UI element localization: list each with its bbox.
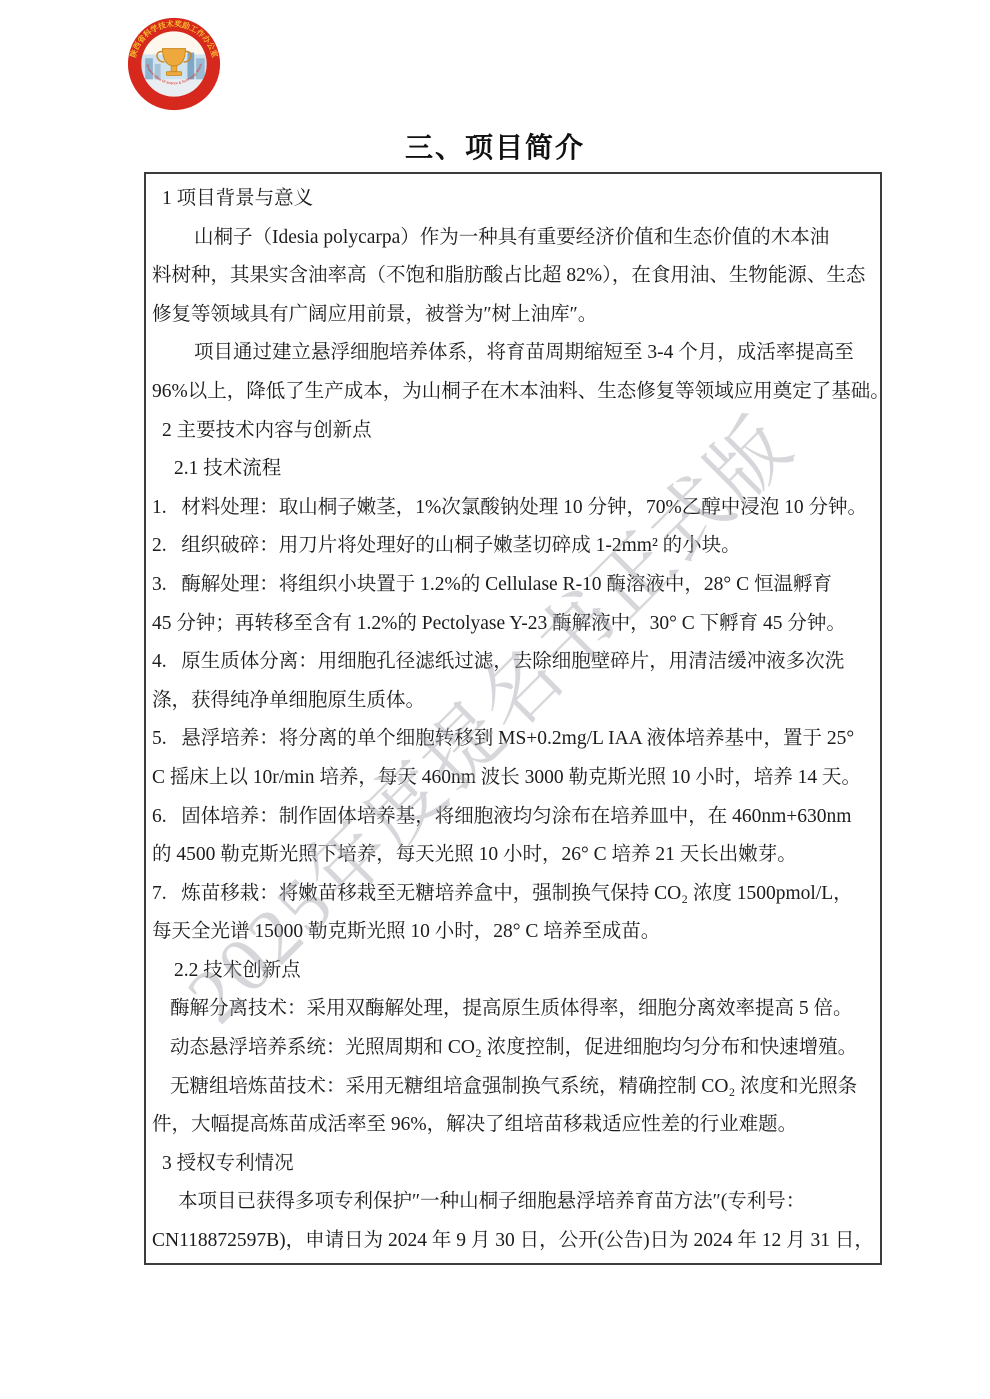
text-line: 3. 酶解处理：将组织小块置于 1.2%的 Cellulase R-10 酶溶液… — [152, 566, 874, 605]
text-line: 2. 组织破碎：用刀片将处理好的山桐子嫩茎切碎成 1-2mm² 的小块。 — [152, 527, 874, 566]
text-line: 每天全光谱 15000 勒克斯光照 10 小时，28° C 培养至成苗。 — [152, 913, 874, 952]
project-summary-box: 1 项目背景与意义山桐子（Idesia polycarpa）作为一种具有重要经济… — [144, 172, 882, 1265]
text-line: 4. 原生质体分离：用细胞孔径滤纸过滤，去除细胞壁碎片，用清洁缓冲液多次洗 — [152, 643, 874, 682]
seal-icon: 陕西省科学技术奖励工作办公室 Shaanxi Office Of Science… — [126, 16, 222, 112]
text-line: 1 项目背景与意义 — [152, 180, 874, 219]
text-line: 45 分钟；再转移至含有 1.2%的 Pectolyase Y-23 酶解液中，… — [152, 605, 874, 644]
page-title: 三、项目简介 — [0, 126, 990, 166]
text-line: 7. 炼苗移栽：将嫩苗移栽至无糖培养盒中，强制换气保持 CO₂ 浓度 1500p… — [152, 875, 874, 914]
text-line: 3 授权专利情况 — [152, 1145, 874, 1184]
text-line: 96%以上，降低了生产成本，为山桐子在木本油料、生态修复等领域应用奠定了基础。 — [152, 373, 874, 412]
text-line: 山桐子（Idesia polycarpa）作为一种具有重要经济价值和生态价值的木… — [152, 219, 874, 258]
text-line: 动态悬浮培养系统：光照周期和 CO₂ 浓度控制，促进细胞均匀分布和快速增殖。 — [152, 1029, 874, 1068]
text-line: 料树种，其果实含油率高（不饱和脂肪酸占比超 82%），在食用油、生物能源、生态 — [152, 257, 874, 296]
text-line: 涤，获得纯净单细胞原生质体。 — [152, 682, 874, 721]
text-line: 件，大幅提高炼苗成活率至 96%，解决了组培苗移栽适应性差的行业难题。 — [152, 1106, 874, 1145]
text-line: 5. 悬浮培养：将分离的单个细胞转移到 MS+0.2mg/L IAA 液体培养基… — [152, 720, 874, 759]
text-line: CN118872597B)，申请日为 2024 年 9 月 30 日，公开(公告… — [152, 1222, 874, 1261]
text-line: 1. 材料处理：取山桐子嫩茎，1%次氯酸钠处理 10 分钟，70%乙醇中浸泡 1… — [152, 489, 874, 528]
document-text: 1 项目背景与意义山桐子（Idesia polycarpa）作为一种具有重要经济… — [152, 180, 874, 1261]
text-line: C 摇床上以 10r/min 培养，每天 460nm 波长 3000 勒克斯光照… — [152, 759, 874, 798]
text-line: 项目通过建立悬浮细胞培养体系，将育苗周期缩短至 3-4 个月，成活率提高至 — [152, 334, 874, 373]
text-line: 的 4500 勒克斯光照下培养，每天光照 10 小时，26° C 培养 21 天… — [152, 836, 874, 875]
text-line: 2 主要技术内容与创新点 — [152, 412, 874, 451]
text-line: 修复等领域具有广阔应用前景，被誉为″树上油库″。 — [152, 296, 874, 335]
text-line: 6. 固体培养：制作固体培养基，将细胞液均匀涂布在培养皿中，在 460nm+63… — [152, 798, 874, 837]
award-office-seal-logo: 陕西省科学技术奖励工作办公室 Shaanxi Office Of Science… — [126, 16, 222, 112]
text-line: 2.2 技术创新点 — [152, 952, 874, 991]
text-line: 酶解分离技术：采用双酶解处理，提高原生质体得率，细胞分离效率提高 5 倍。 — [152, 990, 874, 1029]
text-line: 本项目已获得多项专利保护″一种山桐子细胞悬浮培养育苗方法″(专利号： — [152, 1183, 874, 1222]
text-line: 2.1 技术流程 — [152, 450, 874, 489]
text-line: 无糖组培炼苗技术：采用无糖组培盒强制换气系统，精确控制 CO₂ 浓度和光照条 — [152, 1068, 874, 1107]
